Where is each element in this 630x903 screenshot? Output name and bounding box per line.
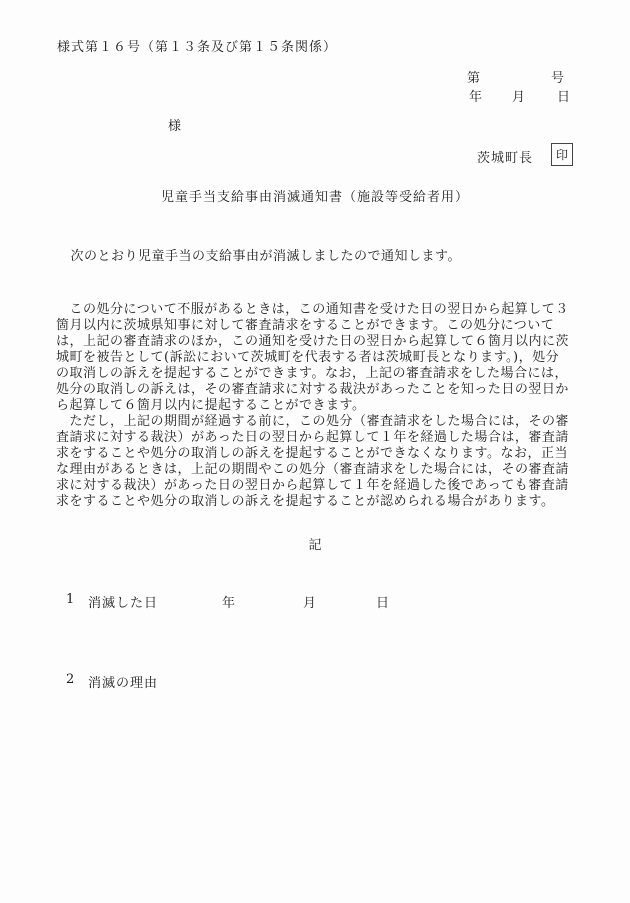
- item1-label: 消滅した日: [88, 592, 158, 611]
- document-title: 児童手当支給事由消滅通知書（施設等受給者用）: [0, 186, 630, 205]
- issue-date-month-label: 月: [512, 86, 525, 105]
- issue-date-year-label: 年: [469, 86, 482, 105]
- intro-sentence: 次のとおり児童手当の支給事由が消滅しましたので通知します。: [57, 245, 461, 264]
- issue-date-day-label: 日: [557, 86, 570, 105]
- form-number: 様式第１６号（第１３条及び第１５条関係）: [57, 36, 337, 55]
- item1-date-month-label: 月: [303, 592, 316, 611]
- doc-number-prefix: 第: [467, 67, 480, 86]
- item2-label: 消滅の理由: [88, 672, 158, 691]
- addressee-honorific: 様: [168, 115, 181, 134]
- item1-date-day-label: 日: [376, 592, 389, 611]
- ki-marker: 記: [0, 534, 630, 553]
- doc-number-suffix: 号: [551, 67, 564, 86]
- seal-mark: 印: [551, 143, 573, 166]
- item1-number: 1: [66, 592, 74, 607]
- appeal-notice-paragraph: この処分について不服があるときは，この通知書を受けた日の翌日から起算して３ 箇月…: [56, 302, 582, 510]
- item2-number: 2: [66, 672, 74, 687]
- item1-date-year-label: 年: [222, 592, 235, 611]
- issuer-name: 茨城町長: [477, 147, 533, 166]
- document-page: 様式第１６号（第１３条及び第１５条関係） 第 号 年 月 日 様 茨城町長 印 …: [0, 0, 630, 903]
